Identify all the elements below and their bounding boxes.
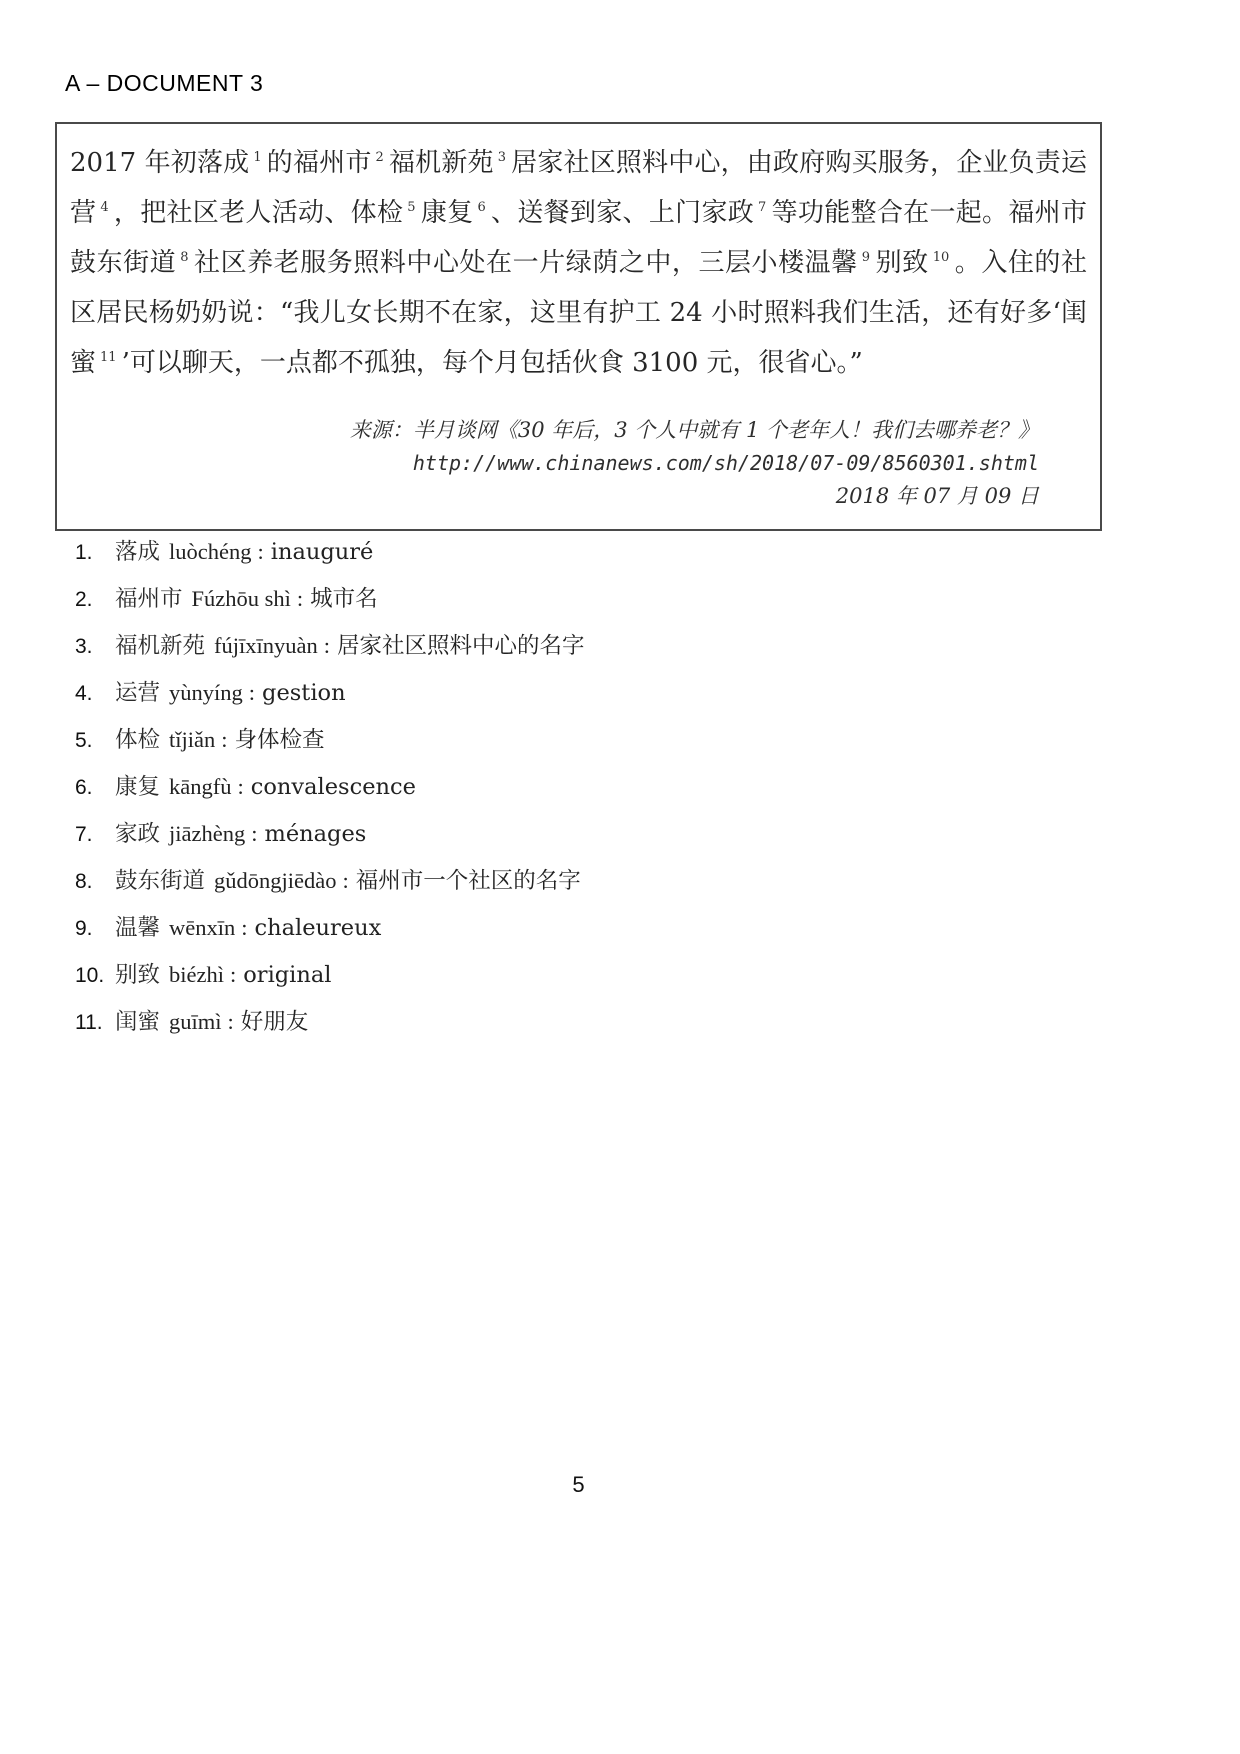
vocab-gloss: original: [243, 964, 331, 987]
vocab-term: 温馨: [115, 917, 160, 940]
vocab-gloss: ménages: [265, 823, 367, 846]
footnote-ref: 1: [253, 150, 261, 165]
vocab-gloss: 好朋友: [241, 1011, 309, 1034]
vocab-item: 11. 闺蜜 guīmì : 好朋友: [75, 1010, 1035, 1034]
footnote-ref: 5: [407, 200, 415, 215]
footnote-ref: 4: [100, 200, 108, 215]
vocab-separator: :: [238, 775, 244, 798]
vocab-separator: :: [297, 587, 303, 610]
vocab-item: 1. 落成 luòchéng : inauguré: [75, 540, 1035, 564]
footnote-ref: 2: [376, 150, 384, 165]
footnote-ref: 10: [933, 250, 950, 265]
vocab-item: 9. 温馨 wēnxīn : chaleureux: [75, 916, 1035, 940]
vocab-gloss: chaleureux: [255, 917, 382, 940]
footnote-ref: 7: [758, 200, 766, 215]
vocab-term: 体检: [115, 729, 160, 752]
vocab-pinyin: biézhì: [169, 963, 224, 986]
vocab-separator: :: [343, 869, 349, 892]
vocab-item-number: 2.: [75, 588, 115, 611]
vocab-item: 7. 家政 jiāzhèng : ménages: [75, 822, 1035, 846]
page-number: 5: [55, 1472, 1102, 1498]
article-paragraph: 2017 年初落成1的福州市2福机新苑3居家社区照料中心，由政府购买服务，企业负…: [70, 138, 1087, 388]
vocab-term: 康复: [115, 776, 160, 799]
vocab-item-number: 11.: [75, 1011, 115, 1034]
vocab-gloss: gestion: [262, 682, 346, 705]
source-date: 2018 年 07 月 09 日: [70, 480, 1039, 513]
vocab-separator: :: [251, 822, 257, 845]
source-block: 来源：半月谈网《30 年后，3 个人中就有 1 个老年人！我们去哪养老？》 ht…: [70, 414, 1087, 513]
vocab-gloss: 居家社区照料中心的名字: [337, 635, 585, 658]
vocab-pinyin: luòchéng: [169, 540, 251, 563]
vocab-item-number: 1.: [75, 541, 115, 564]
vocab-gloss: 身体检查: [235, 729, 325, 752]
source-url: http://www.chinanews.com/sh/2018/07-09/8…: [70, 447, 1039, 480]
footnote-ref: 6: [477, 200, 485, 215]
vocab-pinyin: jiāzhèng: [169, 822, 245, 845]
vocab-pinyin: gǔdōngjiēdào: [214, 869, 336, 892]
vocab-separator: :: [228, 1010, 234, 1033]
vocab-term: 福机新苑: [115, 635, 205, 658]
vocab-term: 闺蜜: [115, 1011, 160, 1034]
vocab-term: 家政: [115, 823, 160, 846]
vocab-pinyin: yùnyíng: [169, 681, 243, 704]
vocab-item-number: 7.: [75, 823, 115, 846]
vocab-item: 6. 康复 kāngfù : convalescence: [75, 775, 1035, 799]
footnote-ref: 11: [100, 350, 117, 365]
vocab-item-number: 6.: [75, 776, 115, 799]
vocab-term: 鼓东街道: [115, 870, 205, 893]
footnote-ref: 8: [180, 250, 188, 265]
vocab-item: 2. 福州市 Fúzhōu shì : 城市名: [75, 587, 1035, 611]
vocab-separator: :: [249, 681, 255, 704]
vocab-separator: :: [324, 634, 330, 657]
article-box: 2017 年初落成1的福州市2福机新苑3居家社区照料中心，由政府购买服务，企业负…: [55, 122, 1102, 531]
vocab-list: 1. 落成 luòchéng : inauguré 2. 福州市 Fúzhōu …: [75, 540, 1035, 1057]
page-title: A – DOCUMENT 3: [65, 70, 263, 97]
vocab-gloss: 城市名: [310, 588, 378, 611]
footnote-ref: 3: [498, 150, 506, 165]
footnote-ref: 9: [862, 250, 870, 265]
vocab-item: 8. 鼓东街道 gǔdōngjiēdào : 福州市一个社区的名字: [75, 869, 1035, 893]
vocab-item: 4. 运营 yùnyíng : gestion: [75, 681, 1035, 705]
vocab-pinyin: guīmì: [169, 1010, 222, 1033]
vocab-separator: :: [241, 916, 247, 939]
vocab-item-number: 5.: [75, 729, 115, 752]
vocab-term: 福州市: [115, 588, 183, 611]
vocab-pinyin: kāngfù: [169, 775, 231, 798]
vocab-item-number: 9.: [75, 917, 115, 940]
vocab-item: 3. 福机新苑 fújīxīnyuàn : 居家社区照料中心的名字: [75, 634, 1035, 658]
vocab-item: 10. 别致 biézhì : original: [75, 963, 1035, 987]
vocab-separator: :: [258, 540, 264, 563]
vocab-pinyin: wēnxīn: [169, 916, 235, 939]
vocab-term: 落成: [115, 541, 160, 564]
vocab-item-number: 4.: [75, 682, 115, 705]
vocab-term: 别致: [115, 964, 160, 987]
vocab-pinyin: Fúzhōu shì: [192, 587, 291, 610]
vocab-pinyin: tǐjiǎn: [169, 728, 215, 751]
vocab-pinyin: fújīxīnyuàn: [214, 634, 318, 657]
vocab-item-number: 3.: [75, 635, 115, 658]
source-title: 来源：半月谈网《30 年后，3 个人中就有 1 个老年人！我们去哪养老？》: [70, 414, 1039, 447]
vocab-gloss: convalescence: [251, 776, 416, 799]
vocab-separator: :: [230, 963, 236, 986]
vocab-item: 5. 体检 tǐjiǎn : 身体检查: [75, 728, 1035, 752]
vocab-term: 运营: [115, 682, 160, 705]
document-page: A – DOCUMENT 3 2017 年初落成1的福州市2福机新苑3居家社区照…: [0, 0, 1240, 1754]
vocab-gloss: inauguré: [271, 541, 374, 564]
vocab-item-number: 8.: [75, 870, 115, 893]
vocab-gloss: 福州市一个社区的名字: [356, 870, 581, 893]
vocab-separator: :: [221, 728, 227, 751]
vocab-item-number: 10.: [75, 964, 115, 987]
